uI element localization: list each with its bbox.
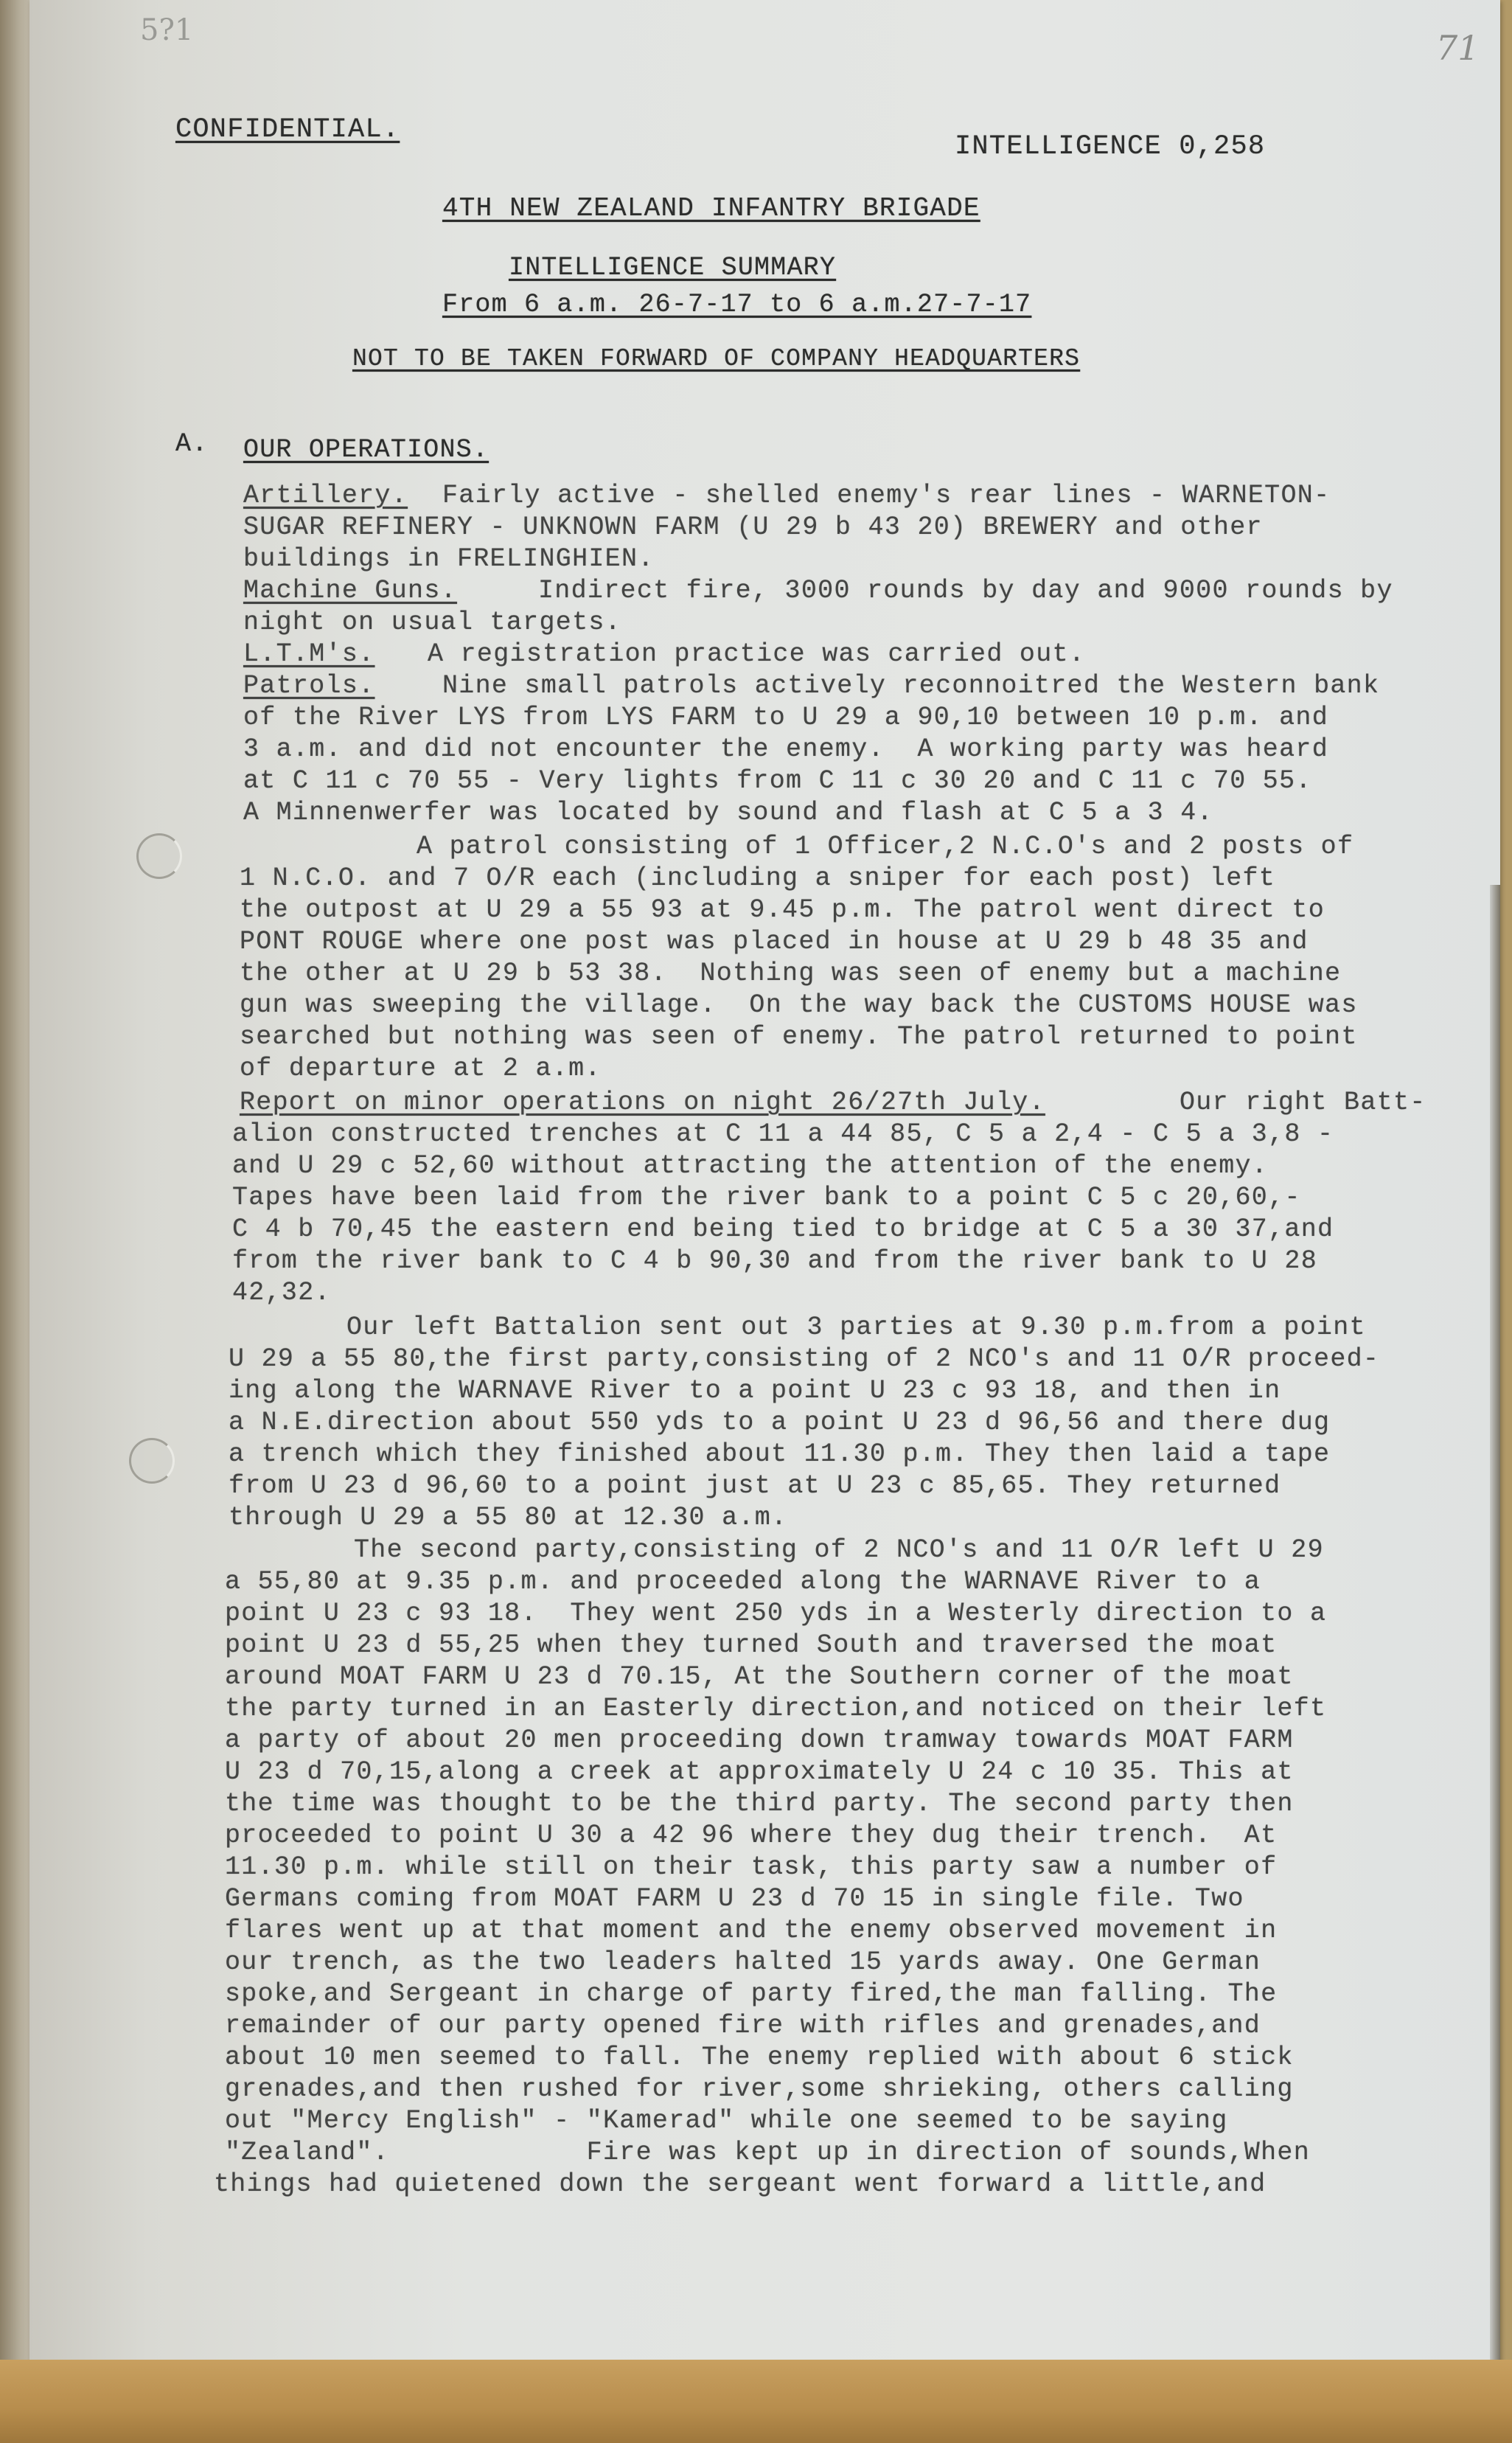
left-battalion-line: Our left Battalion sent out 3 parties at… <box>346 1313 1366 1342</box>
page-edge-shadow <box>1490 885 1500 2443</box>
section-heading: OUR OPERATIONS. <box>243 435 489 465</box>
ltm-text: A registration practice was carried out. <box>428 639 1085 669</box>
second-party-line: the party turned in an Easterly directio… <box>225 1694 1326 1723</box>
section-marker: A. <box>175 429 208 459</box>
second-party-line: proceeded to point U 30 a 42 96 where th… <box>225 1821 1277 1850</box>
minor-ops-text: 42,32. <box>232 1278 331 1307</box>
patrols-text: of the River LYS from LYS FARM to U 29 a… <box>243 703 1328 732</box>
second-party-line: flares went up at that moment and the en… <box>225 1916 1277 1945</box>
handling-instruction: NOT TO BE TAKEN FORWARD OF COMPANY HEADQ… <box>352 345 1080 372</box>
second-party-line: point U 23 c 93 18. They went 250 yds in… <box>225 1599 1326 1628</box>
patrols-text: Nine small patrols actively reconnoitred… <box>442 671 1379 701</box>
folio-number: 71 <box>1436 28 1480 68</box>
period-line: From 6 a.m. 26-7-17 to 6 a.m.27-7-17 <box>442 290 1031 319</box>
left-battalion-line: from U 23 d 96,60 to a point just at U 2… <box>229 1471 1281 1501</box>
desk-surface <box>0 2360 1512 2443</box>
left-battalion-line: a trench which they finished about 11.30… <box>229 1439 1330 1469</box>
artillery-label: Artillery. <box>243 481 408 510</box>
left-battalion-line: a N.E.direction about 550 yds to a point… <box>229 1408 1330 1437</box>
document-title: INTELLIGENCE SUMMARY <box>509 253 836 282</box>
patrols-text: A Minnenwerfer was located by sound and … <box>243 798 1213 827</box>
reference-number: INTELLIGENCE 0,258 <box>955 131 1265 162</box>
patrols-text: 3 a.m. and did not encounter the enemy. … <box>243 734 1328 764</box>
second-party-line: grenades,and then rushed for river,some … <box>225 2074 1294 2104</box>
classification-label: CONFIDENTIAL. <box>175 114 400 145</box>
second-party-line: a party of about 20 men proceeding down … <box>225 1726 1294 1755</box>
machine-guns-text: night on usual targets. <box>243 608 621 637</box>
artillery-text: Fairly active - shelled enemy's rear lin… <box>442 481 1330 510</box>
second-party-line: U 23 d 70,15,along a creek at approximat… <box>225 1757 1294 1787</box>
punch-hole-icon <box>136 833 182 879</box>
second-party-line: the time was thought to be the third par… <box>225 1789 1294 1818</box>
ltm-label: L.T.M's. <box>243 639 374 669</box>
left-battalion-line: U 29 a 55 80,the first party,consisting … <box>229 1344 1379 1374</box>
second-party-line: The second party,consisting of 2 NCO's a… <box>354 1535 1324 1565</box>
second-party-line: around MOAT FARM U 23 d 70.15, At the So… <box>225 1662 1294 1692</box>
patrol-paragraph-line: gun was sweeping the village. On the way… <box>240 990 1358 1020</box>
second-party-line: 11.30 p.m. while still on their task, th… <box>225 1852 1277 1882</box>
second-party-line: out "Mercy English" - "Kamerad" while on… <box>225 2106 1228 2136</box>
second-party-line: "Zealand". Fire was kept up in direction… <box>225 2138 1310 2167</box>
patrols-label: Patrols. <box>243 671 374 701</box>
minor-ops-text: Our right Batt- <box>1180 1088 1426 1117</box>
patrol-paragraph-line: PONT ROUGE where one post was placed in … <box>240 927 1309 956</box>
second-party-line: point U 23 d 55,25 when they turned Sout… <box>225 1630 1277 1660</box>
minor-ops-label: Report on minor operations on night 26/2… <box>240 1088 1045 1117</box>
artillery-text: SUGAR REFINERY - UNKNOWN FARM (U 29 b 43… <box>243 512 1263 542</box>
minor-ops-text: alion constructed trenches at C 11 a 44 … <box>232 1119 1334 1149</box>
machine-guns-text: Indirect fire, 3000 rounds by day and 90… <box>538 576 1393 605</box>
patrol-paragraph-line: the outpost at U 29 a 55 93 at 9.45 p.m.… <box>240 895 1325 925</box>
patrol-paragraph-line: 1 N.C.O. and 7 O/R each (including a sni… <box>240 863 1275 893</box>
patrol-paragraph-line: of departure at 2 a.m. <box>240 1054 602 1083</box>
pencil-annotation: 5?1 <box>140 13 193 47</box>
second-party-line: Germans coming from MOAT FARM U 23 d 70 … <box>225 1884 1244 1914</box>
patrol-paragraph-line: searched but nothing was seen of enemy. … <box>240 1022 1358 1052</box>
minor-ops-text: C 4 b 70,45 the eastern end being tied t… <box>232 1214 1334 1244</box>
second-party-line: things had quietened down the sergeant w… <box>214 2169 1266 2199</box>
second-party-line: spoke,and Sergeant in charge of party fi… <box>225 1979 1277 2009</box>
patrol-paragraph-line: A patrol consisting of 1 Officer,2 N.C.O… <box>417 832 1354 861</box>
artillery-text: buildings in FRELINGHIEN. <box>243 544 655 574</box>
left-battalion-line: through U 29 a 55 80 at 12.30 a.m. <box>229 1503 787 1532</box>
second-party-line: about 10 men seemed to fall. The enemy r… <box>225 2043 1294 2072</box>
patrols-text: at C 11 c 70 55 - Very lights from C 11 … <box>243 766 1312 796</box>
unit-title: 4TH NEW ZEALAND INFANTRY BRIGADE <box>442 193 980 223</box>
second-party-line: a 55,80 at 9.35 p.m. and proceeded along… <box>225 1567 1261 1596</box>
left-battalion-line: ing along the WARNAVE River to a point U… <box>229 1376 1281 1405</box>
minor-ops-text: Tapes have been laid from the river bank… <box>232 1183 1301 1212</box>
minor-ops-text: from the river bank to C 4 b 90,30 and f… <box>232 1246 1317 1276</box>
punch-hole-icon <box>129 1438 175 1484</box>
second-party-line: our trench, as the two leaders halted 15… <box>225 1947 1261 1977</box>
second-party-line: remainder of our party opened fire with … <box>225 2011 1261 2040</box>
minor-ops-text: and U 29 c 52,60 without attracting the … <box>232 1151 1268 1181</box>
patrol-paragraph-line: the other at U 29 b 53 38. Nothing was s… <box>240 959 1341 988</box>
machine-guns-label: Machine Guns. <box>243 576 457 605</box>
